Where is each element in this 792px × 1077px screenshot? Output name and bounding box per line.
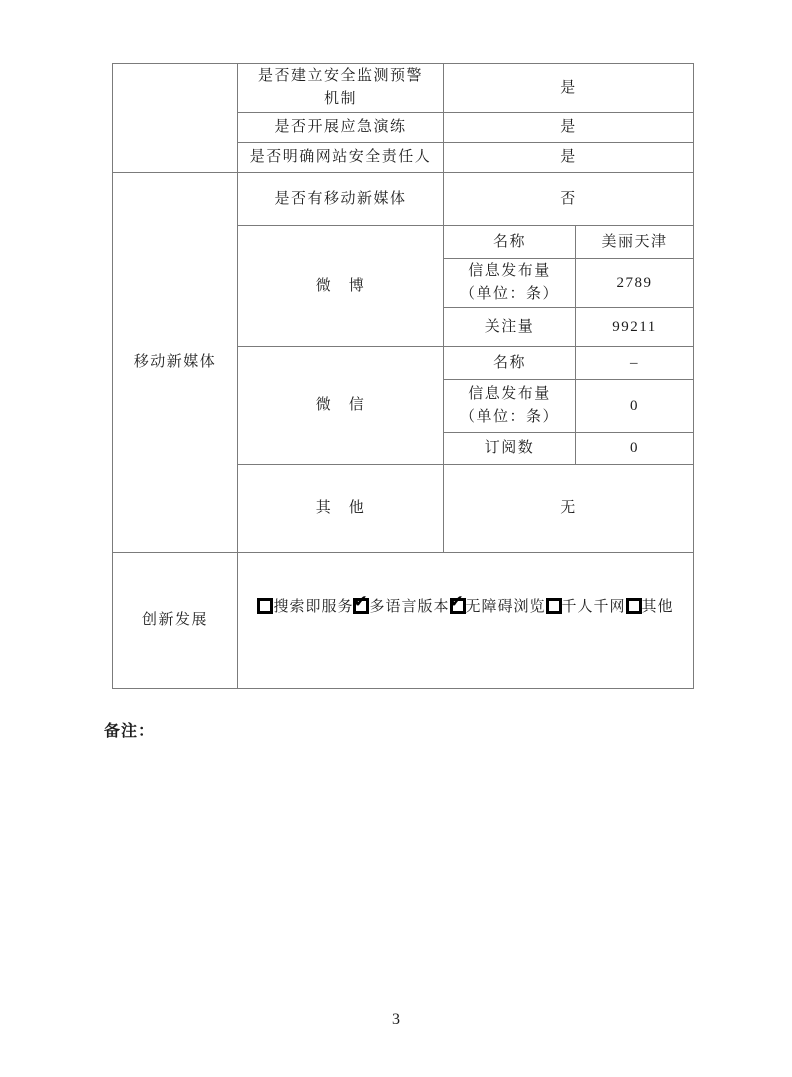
- has-mobile-question: 是否有移动新媒体: [238, 173, 444, 226]
- metric-value: 0: [576, 433, 694, 465]
- checkbox-option: 多语言版本: [353, 599, 449, 615]
- checkbox-icon: [546, 598, 562, 614]
- metric-label: 名称: [444, 347, 576, 380]
- innovation-section-label: 创新发展: [113, 553, 238, 689]
- security-answer: 是: [444, 113, 694, 143]
- checkbox-label: 多语言版本: [369, 599, 449, 615]
- metric-value: –: [576, 347, 694, 380]
- weibo-label: 微 博: [238, 226, 444, 347]
- note-label: 备注：: [104, 718, 155, 741]
- checkbox-icon: [257, 598, 273, 614]
- checkbox-label: 搜索即服务: [273, 599, 353, 615]
- checkbox-label: 无障碍浏览: [466, 599, 546, 615]
- metric-label: 关注量: [444, 308, 576, 347]
- security-question: 是否建立安全监测预警 机制: [238, 64, 444, 113]
- mobile-media-section-label: 移动新媒体: [113, 173, 238, 553]
- document-page: 是否建立安全监测预警 机制 是 是否开展应急演练 是 是否明确网站安全责任人 是…: [0, 0, 792, 1077]
- checkbox-option: 千人千网: [546, 599, 626, 615]
- checkbox-icon: [353, 598, 369, 614]
- metric-label: 订阅数: [444, 433, 576, 465]
- other-media-value: 无: [444, 465, 694, 553]
- checkbox-option: 其他: [626, 599, 674, 615]
- security-answer: 是: [444, 64, 694, 113]
- checkbox-label: 千人千网: [562, 599, 626, 615]
- metric-label: 信息发布量 （单位：条）: [444, 380, 576, 433]
- metric-value: 99211: [576, 308, 694, 347]
- has-mobile-answer: 否: [444, 173, 694, 226]
- checkbox-icon: [450, 598, 466, 614]
- checkbox-label: 其他: [642, 599, 674, 615]
- security-question: 是否明确网站安全责任人: [238, 143, 444, 173]
- checkbox-option: 搜索即服务: [257, 599, 353, 615]
- report-table: 是否建立安全监测预警 机制 是 是否开展应急演练 是 是否明确网站安全责任人 是…: [112, 63, 694, 689]
- security-answer: 是: [444, 143, 694, 173]
- metric-value: 美丽天津: [576, 226, 694, 259]
- table-row: 是否建立安全监测预警 机制 是: [113, 64, 694, 113]
- wechat-label: 微 信: [238, 347, 444, 465]
- table-row: 移动新媒体 是否有移动新媒体 否: [113, 173, 694, 226]
- page-number: 3: [0, 1011, 792, 1029]
- table-row: 创新发展 搜索即服务多语言版本无障碍浏览千人千网其他: [113, 553, 694, 689]
- section-label-empty: [113, 64, 238, 173]
- metric-label: 信息发布量 （单位：条）: [444, 259, 576, 308]
- checkbox-icon: [626, 598, 642, 614]
- checkbox-option: 无障碍浏览: [450, 599, 546, 615]
- other-media-label: 其 他: [238, 465, 444, 553]
- metric-label: 名称: [444, 226, 576, 259]
- metric-value: 0: [576, 380, 694, 433]
- metric-value: 2789: [576, 259, 694, 308]
- security-question: 是否开展应急演练: [238, 113, 444, 143]
- innovation-options: 搜索即服务多语言版本无障碍浏览千人千网其他: [238, 553, 694, 689]
